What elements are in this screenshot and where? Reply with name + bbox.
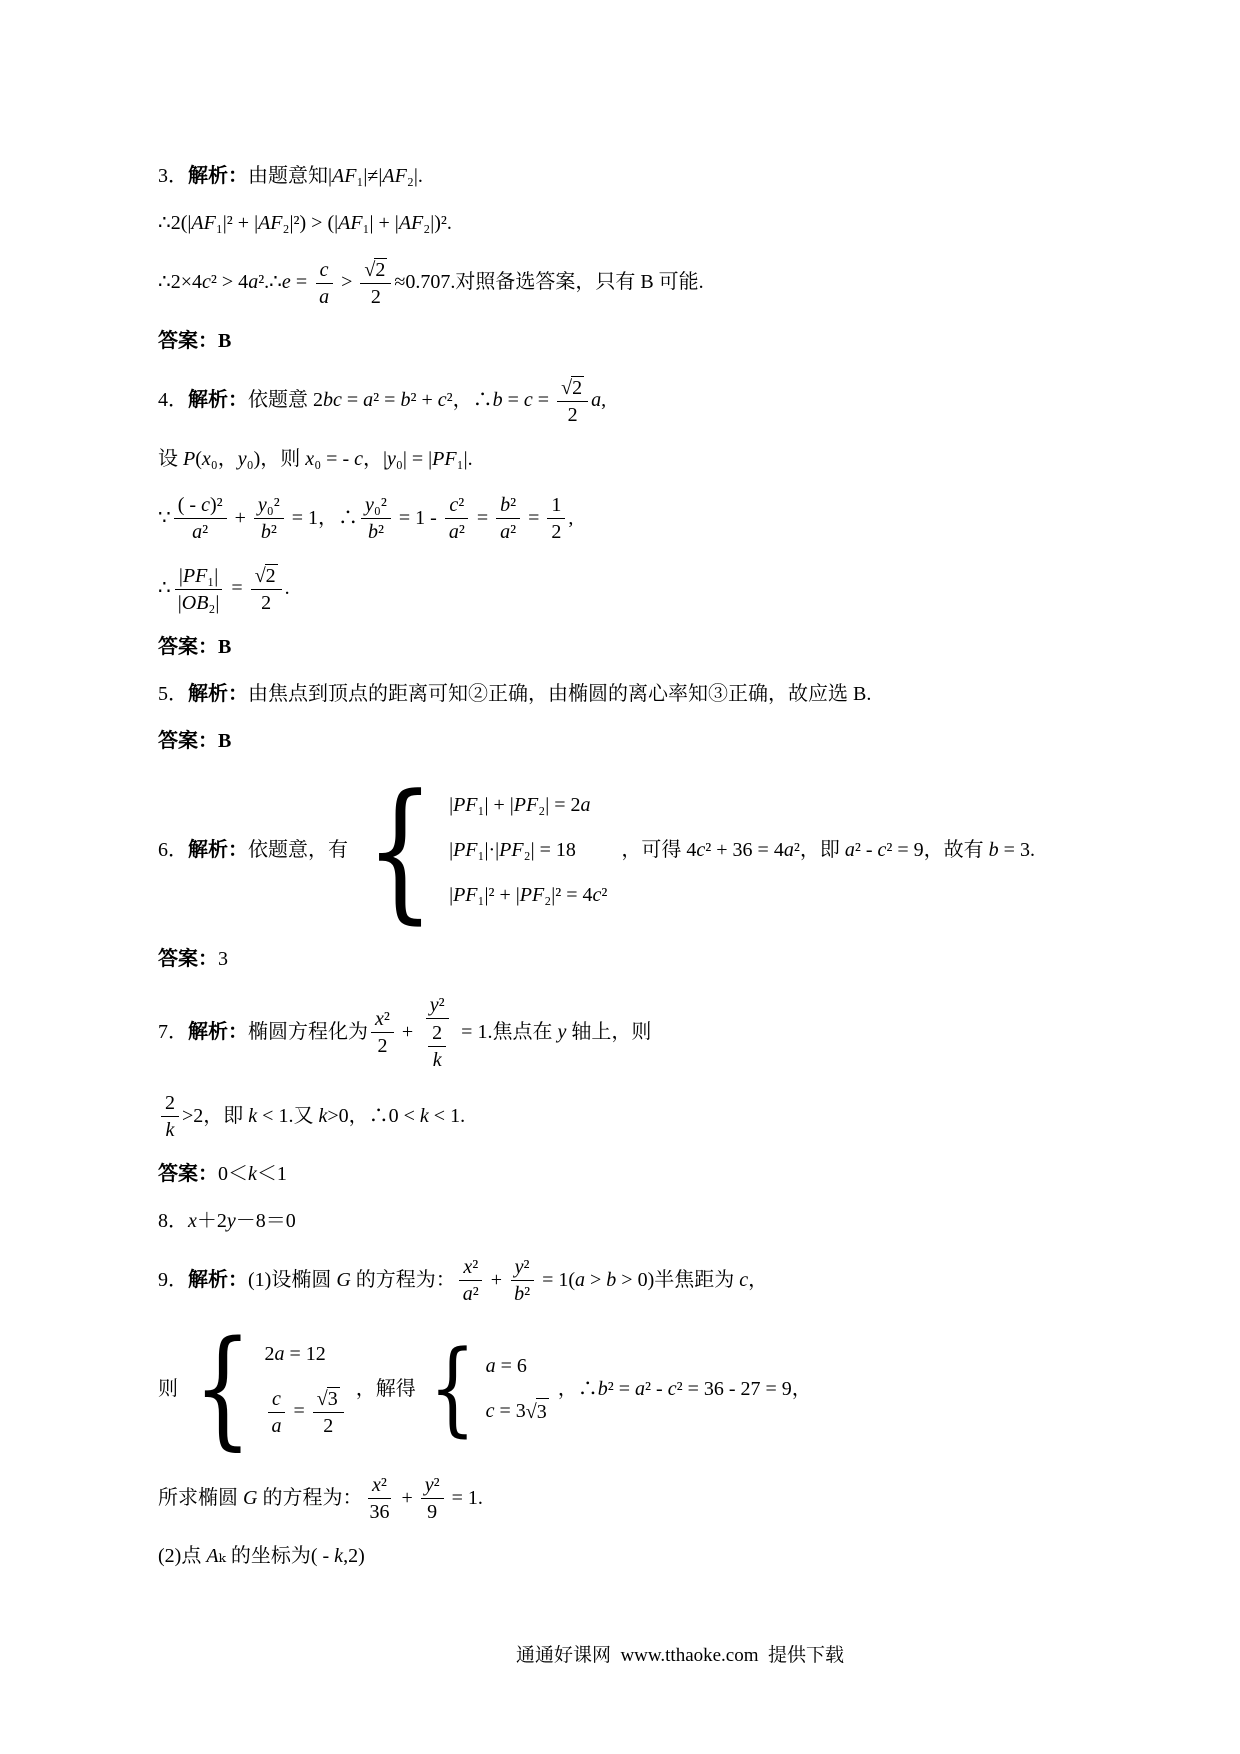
text-run: ² [271, 521, 277, 543]
math-variable: y [557, 1019, 566, 1046]
math-variable: y [387, 446, 396, 473]
fraction-numerator: y² [511, 1255, 534, 1281]
system-row: 2a = 12 [264, 1341, 325, 1368]
math-variable: b [598, 1376, 608, 1403]
square-root: √2 [364, 258, 387, 281]
math-variable: c [320, 259, 329, 281]
text-run: ，可得 4 [611, 837, 696, 864]
math-variable: PF [432, 446, 456, 473]
text-run: 椭圆方程化为 [248, 1019, 368, 1046]
math-variable: x [375, 1008, 384, 1030]
problem-9-system: 则{2a = 12ca = √32 ，解得{a = 6c = 3√3 ，∴b² … [158, 1325, 1148, 1453]
text-run: + [397, 1019, 418, 1046]
text-run: 2 [165, 1092, 175, 1114]
fraction-numerator: 2 [428, 1021, 446, 1047]
text-run: ₁|² + | [216, 210, 258, 237]
text-run: = 3. [999, 837, 1035, 864]
left-brace-icon: { [429, 1338, 476, 1440]
problem-4-substitution: ∵( - c)²a² + y₀²b² = 1，∴y₀²b² = 1 - c²a²… [158, 493, 1148, 543]
math-variable: b [261, 521, 271, 543]
text-run: = [288, 1398, 309, 1425]
math-variable: b [606, 1267, 616, 1294]
fraction: √22 [557, 375, 588, 426]
math-variable: a [500, 521, 510, 543]
math-variable: c [449, 494, 458, 516]
problem-5-answer: 答案：B [158, 728, 1148, 755]
math-variable: b [989, 837, 999, 864]
math-variable: AF [338, 210, 362, 237]
math-variable: a [274, 1341, 284, 1368]
fraction: x²36 [365, 1473, 393, 1523]
text-run: ² [458, 494, 464, 516]
fraction-numerator: y₀² [361, 493, 391, 519]
math-variable: a [635, 1376, 645, 1403]
text-run: 轴上，则 [566, 1019, 651, 1046]
text-run: + [486, 1267, 507, 1294]
text-run: ∵ [158, 505, 171, 532]
radicand: 3 [536, 1398, 549, 1426]
bold-label: 解析： [188, 387, 248, 414]
bold-label: B [218, 728, 231, 755]
math-variable: x [372, 1474, 381, 1496]
text-run: ，∴ [553, 1376, 598, 1403]
document-page: 3．解析：由题意知|AF₁|≠|AF₂|.∴2(|AF₁|² + |AF₂|²)… [0, 0, 1240, 1754]
text-run: + [396, 1485, 417, 1512]
math-variable: a [449, 521, 459, 543]
text-run: ₖ 的坐标为( - [219, 1543, 335, 1570]
text-run: 6． [158, 837, 188, 864]
text-run: ₀)，则 [247, 446, 306, 473]
math-variable: AF [258, 210, 282, 237]
brace-system: {a = 6c = 3√3 [420, 1338, 549, 1440]
text-run: ∴ [158, 575, 171, 602]
math-variable: k [166, 1119, 175, 1141]
fraction-denominator: 2 [257, 590, 275, 614]
fraction: y²b² [510, 1255, 534, 1305]
math-variable: c [696, 837, 705, 864]
fraction-denominator: 2 [547, 519, 565, 543]
math-variable: c [201, 494, 210, 516]
brace-system: {|PF₁| + |PF₂| = 2a|PF₁|·|PF₂| = 18|PF₁|… [352, 775, 607, 926]
problem-4-answer: 答案：B [158, 634, 1148, 661]
text-run: > [585, 1267, 606, 1294]
fraction-numerator: x² [368, 1473, 391, 1499]
system-row: |PF₁|·|PF₂| = 18 [449, 837, 576, 864]
text-run: ².∴ [258, 269, 282, 296]
text-run: 7． [158, 1019, 188, 1046]
text-run: > [336, 269, 357, 296]
math-variable: e [282, 269, 291, 296]
radicand: 3 [327, 1387, 340, 1410]
text-run: ² [459, 521, 465, 543]
problem-4-setup: 4．解析：依题意 2bc = a² = b² + c²，∴b = c = √22… [158, 375, 1148, 426]
radical-sign-icon: √ [561, 377, 571, 399]
text-run: = 1，∴ [287, 505, 358, 532]
fraction-denominator: b² [364, 519, 388, 543]
bold-label: 答案： [158, 634, 218, 661]
bold-label: B [218, 634, 231, 661]
text-run: > 0)半焦距为 [616, 1267, 739, 1294]
page-footer: 通通好课网 www.tthaoke.com 提供下载 [120, 1640, 1240, 1667]
solutions-content: 3．解析：由题意知|AF₁|≠|AF₂|.∴2(|AF₁|² + |AF₂|²)… [158, 163, 1148, 1590]
text-run: = 6 [496, 1353, 527, 1380]
problem-7-inequality: 2k>2，即 k < 1.又 k>0，∴0 < k < 1. [158, 1091, 1148, 1141]
fraction: b²a² [496, 493, 520, 543]
fraction-numerator: √2 [557, 375, 588, 402]
text-run: = [226, 575, 247, 602]
text-run: ，| [363, 446, 387, 473]
math-variable: y [238, 446, 247, 473]
math-variable: a [319, 286, 329, 308]
fraction-numerator: x² [459, 1255, 482, 1281]
text-run: )² [210, 494, 223, 516]
math-variable: a [591, 387, 601, 414]
text-run: 2 [261, 592, 271, 614]
fraction-numerator: x² [371, 1007, 394, 1033]
fraction-denominator: a² [496, 519, 520, 543]
math-variable: a [575, 1267, 585, 1294]
left-brace-icon: { [365, 775, 434, 926]
problem-3-inequality: ∴2(|AF₁|² + |AF₂|²) > (|AF₁| + |AF₂|)². [158, 210, 1148, 237]
math-variable: P [183, 446, 195, 473]
fraction: √32 [313, 1386, 344, 1437]
problem-8-answer: 8．x＋2y－8＝0 [158, 1208, 1148, 1235]
math-variable: OB [182, 592, 209, 614]
problem-6-answer: 答案：3 [158, 946, 1148, 973]
math-variable: c [524, 387, 533, 414]
fraction-denominator: k [162, 1117, 179, 1141]
math-variable: k [334, 1543, 343, 1570]
fraction-denominator: 36 [365, 1499, 393, 1523]
text-run: 2 [568, 404, 578, 426]
text-run: 0＜ [218, 1161, 248, 1188]
fraction: 2k [428, 1021, 446, 1071]
math-variable: c [739, 1267, 748, 1294]
bold-label: 解析： [188, 1019, 248, 1046]
math-variable: y [227, 1208, 236, 1235]
fraction-denominator: a² [459, 1281, 483, 1305]
math-variable: bc [323, 387, 342, 414]
text-run: ∴2×4 [158, 269, 202, 296]
square-root: √3 [317, 1387, 340, 1410]
problem-9-part1-setup: 9．解析：(1)设椭圆 G 的方程为：x²a² + y²b² = 1(a > b… [158, 1255, 1148, 1305]
math-variable: k [248, 1161, 257, 1188]
text-run: 5． [158, 681, 188, 708]
text-run: ₁| + | [478, 792, 514, 819]
text-run: (2)点 [158, 1543, 206, 1570]
math-variable: a [271, 1415, 281, 1437]
text-run: 9． [158, 1267, 188, 1294]
text-run: 2 [323, 1415, 333, 1437]
fraction-numerator: √3 [313, 1386, 344, 1413]
text-run: ， [748, 1267, 768, 1294]
math-variable: b [514, 1283, 524, 1305]
text-run: = 1( [537, 1267, 575, 1294]
math-variable: y [258, 494, 267, 516]
problem-9-ellipse-equation: 所求椭圆 G 的方程为：x²36 + y²9 = 1. [158, 1473, 1148, 1523]
text-run: ²，∴ [447, 387, 493, 414]
problem-7-solution: 7．解析：椭圆方程化为x²2 + y²2k = 1.焦点在 y 轴上，则 [158, 993, 1148, 1071]
radical-sign-icon: √ [364, 259, 374, 281]
math-variable: k [318, 1103, 327, 1130]
fraction-numerator: √2 [251, 563, 282, 590]
text-run: ＜1 [257, 1161, 287, 1188]
math-variable: a [581, 792, 591, 819]
text-run: 36 [369, 1501, 389, 1523]
text-run: = 1.焦点在 [456, 1019, 557, 1046]
text-run: 设 [158, 446, 183, 473]
math-variable: k [248, 1103, 257, 1130]
text-run: = [503, 387, 524, 414]
text-run: = [523, 505, 544, 532]
text-run: < 1. [429, 1103, 465, 1130]
math-variable: AF [191, 210, 215, 237]
radical-sign-icon: √ [317, 1388, 327, 1410]
text-run: 2 [432, 1022, 442, 1044]
system-row: ca = √32 [264, 1386, 346, 1437]
fraction: 2k [161, 1091, 179, 1141]
fraction: y²2k [421, 993, 453, 1071]
fraction-denominator: a² [445, 519, 469, 543]
text-run: 3． [158, 163, 188, 190]
text-run: ₂|. [407, 163, 423, 190]
text-run: ₀| = | [396, 446, 432, 473]
problem-7-answer: 答案：0＜k＜1 [158, 1161, 1148, 1188]
fraction-denominator: a [267, 1413, 285, 1437]
fraction: y₀²b² [254, 493, 284, 543]
square-root: √3 [526, 1398, 549, 1426]
text-run: 所求椭圆 [158, 1485, 243, 1512]
text-run: ² = [608, 1376, 635, 1403]
text-run: ₁|·| [478, 837, 500, 864]
bold-label: 答案： [158, 1161, 218, 1188]
text-run: ² [473, 1283, 479, 1305]
text-run: ₁| + | [363, 210, 399, 237]
problem-4-point: 设 P(x₀，y₀)，则 x₀ = - c，|y₀| = |PF₁|. [158, 446, 1148, 473]
fraction-denominator: b² [510, 1281, 534, 1305]
text-run: = 1. [447, 1485, 483, 1512]
math-variable: x [463, 1256, 472, 1278]
text-run: + [230, 505, 251, 532]
math-variable: a [486, 1353, 496, 1380]
text-run: 2 [551, 521, 561, 543]
text-run: = 3 [495, 1398, 526, 1425]
brace-system: {2a = 12ca = √32 [182, 1325, 347, 1453]
fraction: 12 [547, 493, 565, 543]
fraction: √22 [251, 563, 282, 614]
system-row: c = 3√3 [486, 1398, 549, 1426]
fraction-denominator: 9 [423, 1499, 441, 1523]
text-run: ₂| = 2 [538, 792, 580, 819]
text-run: 9 [427, 1501, 437, 1523]
text-run: ² + 36 = 4 [705, 837, 784, 864]
problem-6-solution: 6．解析：依题意，有{|PF₁| + |PF₂| = 2a|PF₁|·|PF₂|… [158, 775, 1148, 926]
system-rows: |PF₁| + |PF₂| = 2a|PF₁|·|PF₂| = 18|PF₁|²… [449, 783, 607, 918]
text-run: ² [524, 1256, 530, 1278]
text-run: . [285, 575, 290, 602]
text-run: 4． [158, 387, 188, 414]
text-run: ₂| = 18 [524, 837, 576, 864]
math-variable: c [486, 1398, 495, 1425]
math-variable: c [438, 387, 447, 414]
text-run: ( - [178, 494, 201, 516]
math-variable: y [365, 494, 374, 516]
math-variable: c [668, 1376, 677, 1403]
bold-label: B [218, 328, 231, 355]
text-run: = [342, 387, 363, 414]
bold-label: 解析： [188, 681, 248, 708]
radicand: 2 [374, 258, 387, 281]
radicand: 2 [265, 564, 278, 587]
problem-3-answer: 答案：B [158, 328, 1148, 355]
fraction: c²a² [445, 493, 469, 543]
text-run: ₁|. [457, 446, 473, 473]
text-run: ² [510, 521, 516, 543]
radicand: 2 [571, 376, 584, 399]
text-run: ² [510, 494, 516, 516]
text-run: ₁| [207, 565, 218, 587]
text-run: ₀， [211, 446, 238, 473]
text-run: ² [434, 1474, 440, 1496]
text-run: ²，即 [794, 837, 845, 864]
text-run: ₁|² + | [478, 882, 520, 909]
fraction-numerator: c² [445, 493, 468, 519]
fraction: ca [267, 1387, 285, 1437]
fraction: x²2 [371, 1007, 394, 1057]
text-run: >0，∴0 < [327, 1103, 420, 1130]
math-variable: AF [399, 210, 423, 237]
math-variable: x [188, 1208, 197, 1235]
radical-sign-icon: √ [526, 1399, 536, 1426]
fraction-denominator: 2 [319, 1413, 337, 1437]
text-run: 则 [158, 1376, 178, 1403]
text-run: = 12 [284, 1341, 325, 1368]
fraction: ( - c)²a² [174, 493, 227, 543]
text-run: 3 [218, 946, 228, 973]
fraction-numerator: c [316, 258, 333, 284]
text-run: 2 [371, 286, 381, 308]
bold-label: 解析： [188, 837, 248, 864]
fraction-numerator: b² [496, 493, 520, 519]
text-run: ,2) [343, 1543, 365, 1570]
math-variable: k [420, 1103, 429, 1130]
fraction-denominator: a² [188, 519, 212, 543]
text-run: = [291, 269, 312, 296]
text-run: , [601, 387, 606, 414]
fraction-numerator: 2 [161, 1091, 179, 1117]
text-run: ＋2 [197, 1208, 227, 1235]
text-run: 依题意 2 [248, 387, 323, 414]
math-variable: PF [453, 837, 477, 864]
fraction: √22 [360, 257, 391, 308]
math-variable: PF [514, 792, 538, 819]
math-variable: x [305, 446, 314, 473]
fraction-denominator: |OB₂| [174, 590, 224, 614]
fraction-denominator: 2k [421, 1019, 453, 1071]
text-run: = [533, 387, 554, 414]
text-run: 2 [264, 1341, 274, 1368]
math-variable: c [202, 269, 211, 296]
text-run: ² [524, 1283, 530, 1305]
radical-sign-icon: √ [255, 565, 265, 587]
bold-label: 答案： [158, 728, 218, 755]
math-variable: a [363, 387, 373, 414]
text-run: ₂|)². [423, 210, 452, 237]
math-variable: x [202, 446, 211, 473]
fraction-numerator: y₀² [254, 493, 284, 519]
fraction-denominator: 2 [367, 284, 385, 308]
text-run: ² [381, 1474, 387, 1496]
math-variable: b [500, 494, 510, 516]
text-run: ₀ = - [314, 446, 354, 473]
text-run: 由题意知| [248, 163, 332, 190]
fraction-numerator: ( - c)² [174, 493, 227, 519]
fraction-denominator: 2 [373, 1033, 391, 1057]
text-run: ₀² [374, 494, 387, 516]
math-variable: b [493, 387, 503, 414]
text-run: = [472, 505, 493, 532]
math-variable: c [878, 837, 887, 864]
bold-label: 解析： [188, 1267, 248, 1294]
math-variable: PF [453, 882, 477, 909]
text-run: ² = [373, 387, 400, 414]
text-run: ₁|≠| [356, 163, 382, 190]
fraction-numerator: 1 [547, 493, 565, 519]
fraction: ca [315, 258, 333, 308]
problem-3-given: 3．解析：由题意知|AF₁|≠|AF₂|. [158, 163, 1148, 190]
text-run: ₂| [208, 592, 219, 614]
math-variable: y [425, 1474, 434, 1496]
fraction: y²9 [421, 1473, 444, 1523]
math-variable: G [336, 1267, 350, 1294]
math-variable: G [243, 1485, 257, 1512]
fraction-numerator: y² [421, 1473, 444, 1499]
bold-label: 解析： [188, 163, 248, 190]
fraction-denominator: a [315, 284, 333, 308]
problem-4-ratio: ∴|PF₁||OB₂| = √22. [158, 563, 1148, 614]
text-run: ，解得 [351, 1376, 416, 1403]
math-variable: a [784, 837, 794, 864]
system-row: |PF₁|² + |PF₂|² = 4c² [449, 882, 607, 909]
text-run: ² + [410, 387, 437, 414]
text-run: ² [472, 1256, 478, 1278]
fraction-numerator: |PF₁| [175, 564, 222, 590]
math-variable: c [354, 446, 363, 473]
fraction-denominator: k [429, 1047, 446, 1071]
math-variable: PF [183, 565, 207, 587]
math-variable: A [206, 1543, 218, 1570]
fraction: |PF₁||OB₂| [174, 564, 224, 614]
text-run: ² - [645, 1376, 668, 1403]
text-run: ² = 36 - 27 = 9， [677, 1376, 812, 1403]
text-run: 由焦点到顶点的距离可知②正确，由椭圆的离心率知③正确，故应选 B. [248, 681, 871, 708]
text-run: 的方程为： [257, 1485, 362, 1512]
math-variable: y [515, 1256, 524, 1278]
text-run: ₀² [267, 494, 280, 516]
fraction-numerator: y² [426, 993, 449, 1019]
square-root: √2 [255, 564, 278, 587]
text-run: ² [202, 521, 208, 543]
text-run: = 1 - [394, 505, 442, 532]
fraction: x²a² [459, 1255, 483, 1305]
square-root: √2 [561, 376, 584, 399]
system-row: a = 6 [486, 1353, 527, 1380]
system-rows: 2a = 12ca = √32 [264, 1332, 346, 1446]
text-run: ( [195, 446, 202, 473]
math-variable: k [433, 1049, 442, 1071]
text-run: ≈0.707.对照备选答案，只有 B 可能. [394, 269, 703, 296]
bold-label: 答案： [158, 328, 218, 355]
